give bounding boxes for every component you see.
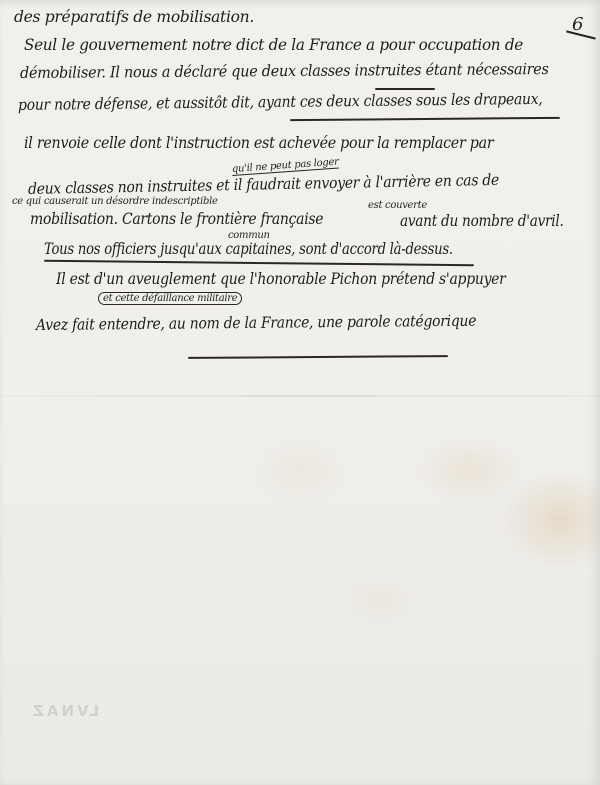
line-10: Avez fait entendre, au nom de la France,…	[36, 312, 476, 334]
underline-officiers	[44, 260, 474, 266]
line-4: pour notre défense, et aussitôt dit, aya…	[18, 90, 543, 114]
line-8: Tous nos officiers jusqu'aux capitaines,…	[44, 240, 453, 258]
line-7: mobilisation. Cartons le frontière franç…	[30, 210, 323, 228]
underline-instruites	[375, 88, 435, 90]
line-2: Seul le gouvernement notre dict de la Fr…	[24, 36, 523, 54]
insert-above-line-6: qu'il ne peut pas loger	[232, 157, 339, 175]
insert-below-line-9: et cette défaillance militaire	[98, 292, 242, 305]
line-7-end: avant du nombre d'avril.	[400, 212, 564, 230]
margin-insertion: ce qui causerait un désordre indescripti…	[12, 196, 218, 207]
closing-rule	[188, 355, 448, 359]
underline-deux-classes	[290, 117, 560, 121]
paper-fold	[0, 395, 600, 397]
stamp-bleedthrough: LVNAZ	[30, 702, 99, 720]
manuscript-page: 6 des préparatifs de mobilisation. Seul …	[0, 0, 600, 785]
insert-above-line-7: est couverte	[368, 200, 427, 211]
line-9: Il est d'un aveuglement que l'honorable …	[56, 270, 506, 288]
line-6: deux classes non instruites et il faudra…	[28, 171, 499, 198]
line-1: des préparatifs de mobilisation.	[14, 8, 254, 26]
line-3: démobiliser. Il nous a déclaré que deux …	[20, 60, 549, 82]
line-5: il renvoie celle dont l'instruction est …	[24, 134, 493, 152]
